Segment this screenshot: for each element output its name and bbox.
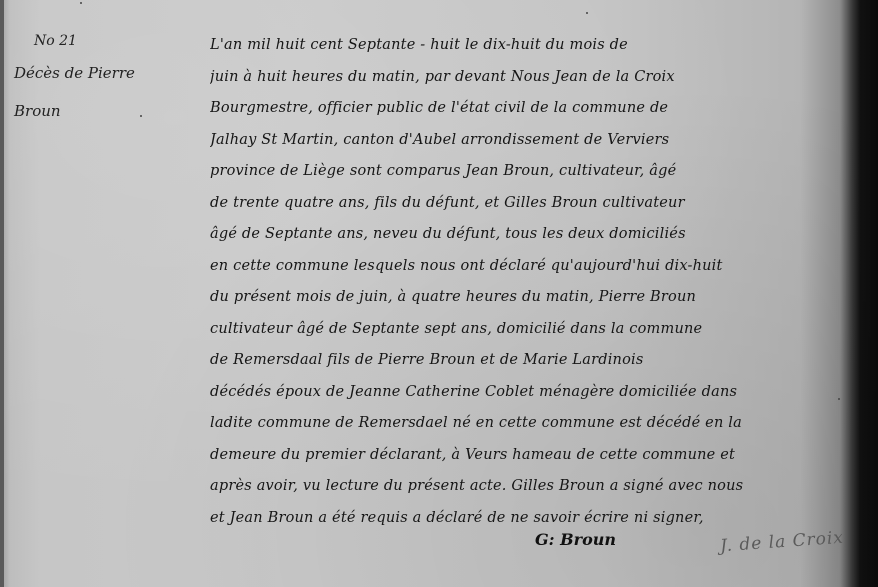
record-number: No 21 xyxy=(14,28,204,54)
body-line: ladite commune de Remersdael né en cette… xyxy=(210,408,845,440)
body-line: et Jean Broun a été requis a déclaré de … xyxy=(210,503,845,535)
page-binding-edge xyxy=(0,0,4,587)
body-line: de trente quatre ans, fils du défunt, et… xyxy=(210,188,845,220)
body-line: L'an mil huit cent Septante - huit le di… xyxy=(210,30,845,62)
paper-speck xyxy=(80,2,82,4)
body-line: province de Liège sont comparus Jean Bro… xyxy=(210,156,845,188)
paper-speck xyxy=(140,115,142,117)
margin-annotation: No 21 Décès de Pierre Broun xyxy=(14,28,204,130)
body-line: Jalhay St Martin, canton d'Aubel arrondi… xyxy=(210,125,845,157)
body-line: âgé de Septante ans, neveu du défunt, to… xyxy=(210,219,845,251)
body-line: Bourgmestre, officier public de l'état c… xyxy=(210,93,845,125)
paper-speck xyxy=(586,12,588,14)
body-line: demeure du premier déclarant, à Veurs ha… xyxy=(210,440,845,472)
body-line: après avoir, vu lecture du présent acte.… xyxy=(210,471,845,503)
margin-title-line-1: Décès de Pierre xyxy=(14,54,204,92)
declarant-signature: G: Broun xyxy=(535,530,616,549)
body-line: décédés époux de Jeanne Catherine Coblet… xyxy=(210,377,845,409)
body-line: juin à huit heures du matin, par devant … xyxy=(210,62,845,94)
document-page: No 21 Décès de Pierre Broun L'an mil hui… xyxy=(0,0,878,587)
body-line: de Remersdaal fils de Pierre Broun et de… xyxy=(210,345,845,377)
record-body: L'an mil huit cent Septante - huit le di… xyxy=(210,30,845,534)
body-line: cultivateur âgé de Septante sept ans, do… xyxy=(210,314,845,346)
body-line: du présent mois de juin, à quatre heures… xyxy=(210,282,845,314)
paper-speck xyxy=(838,398,840,400)
body-line: en cette commune lesquels nous ont décla… xyxy=(210,251,845,283)
margin-title-line-2: Broun xyxy=(14,92,204,130)
